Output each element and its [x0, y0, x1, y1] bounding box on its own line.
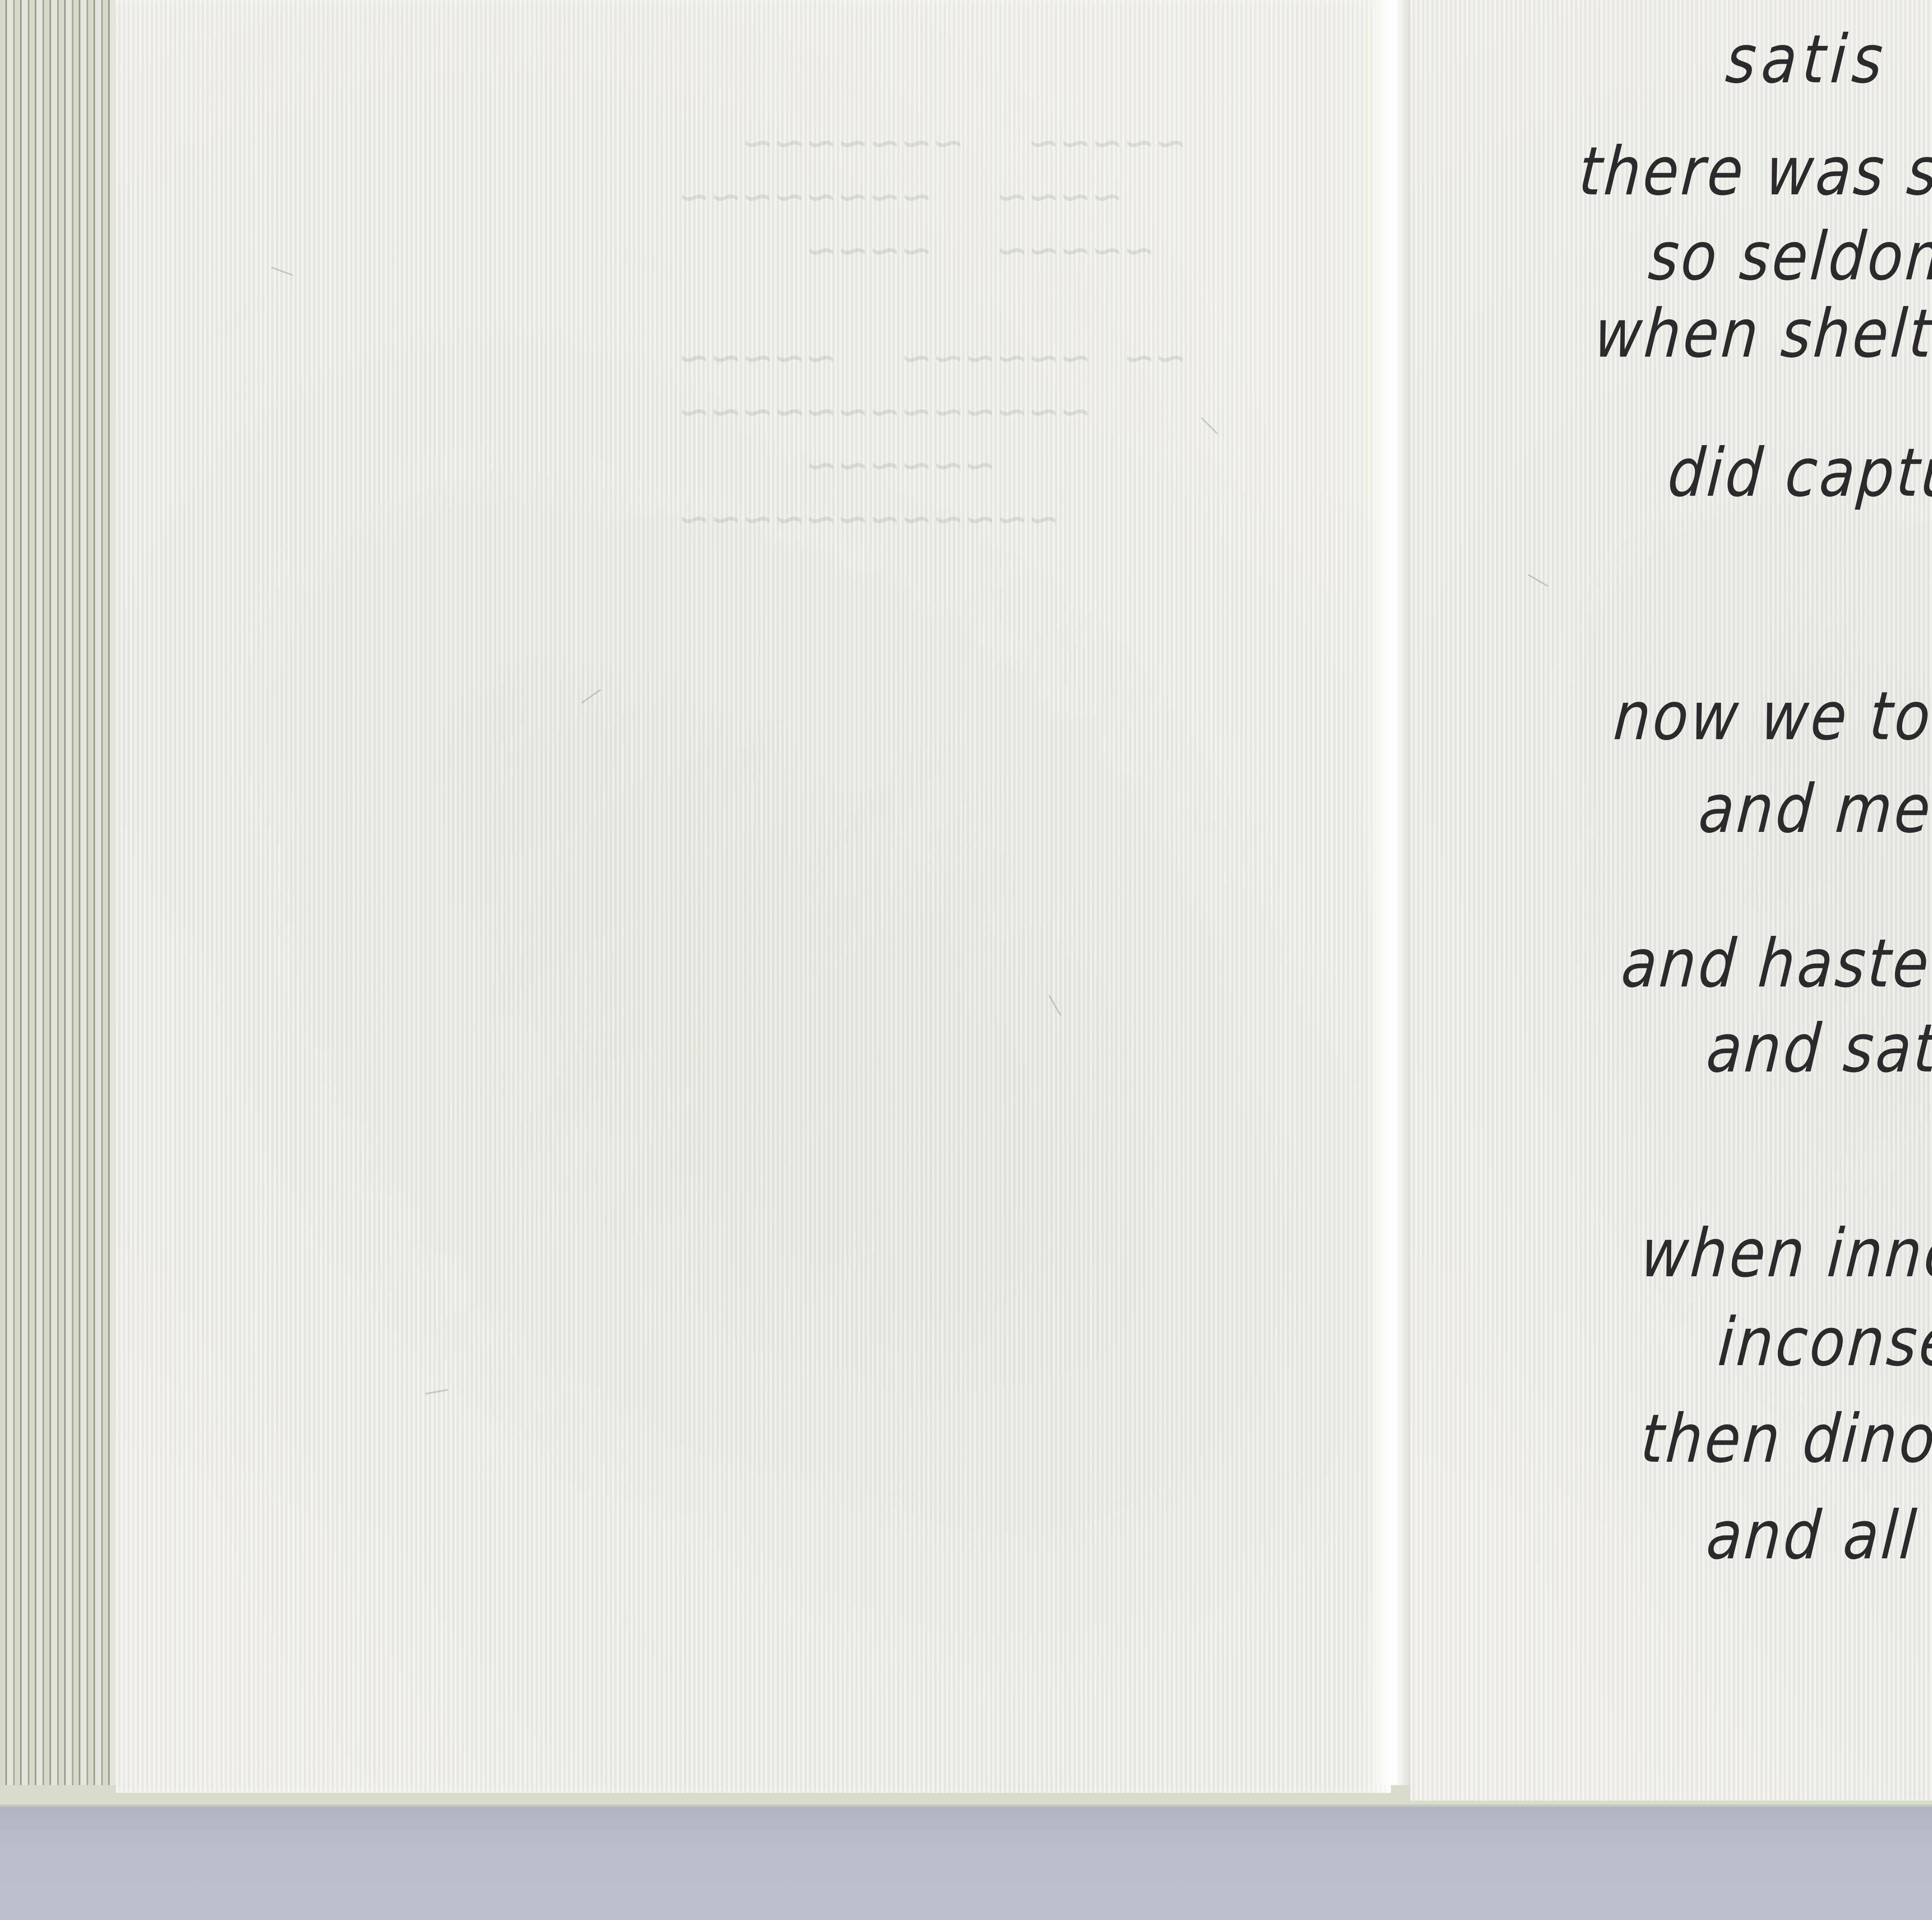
poem-line: now we to finish tight replies — [1611, 678, 1932, 755]
poem-title: satis faction — [1723, 21, 1932, 98]
bleed-through-text: ~~~~~ ~~~~~~~ ~~~~ ~~~~~~~~ ~~~~~ ~~~~ ~… — [676, 116, 1185, 546]
paper-fiber — [1048, 995, 1061, 1016]
poem-line: and haste to section out good-byes — [1619, 925, 1932, 1002]
poem-line: inconsequenting battles groomed — [1716, 1304, 1932, 1381]
poem-line: when innocence to journey came — [1638, 1215, 1932, 1292]
poem-line: there was so little left complete — [1577, 133, 1932, 210]
paper-fiber — [271, 267, 293, 276]
paper-fiber — [425, 1389, 448, 1395]
poem-line: and measured moments vain — [1696, 770, 1932, 848]
left-page: ~~~~~ ~~~~~~~ ~~~~ ~~~~~~~~ ~~~~~ ~~~~ ~… — [116, 0, 1391, 1793]
poem-line: then dinosaurs and dragons flamed — [1638, 1400, 1932, 1478]
page-stack-edges — [0, 0, 128, 1785]
poem-line: did captured windows, delight — [1665, 434, 1932, 512]
poem-line: and satisfy at need's abuse — [1704, 1010, 1932, 1087]
paper-fiber — [1201, 417, 1218, 434]
paper-fiber — [1527, 574, 1548, 587]
poem-line: so seldom lost, less often found — [1646, 218, 1932, 295]
right-page: satis faction there was so little left c… — [1410, 0, 1932, 1801]
scanner-background — [0, 1793, 1932, 1920]
poem-line: and all this charging — [1704, 1497, 1932, 1574]
paper-fiber — [581, 689, 601, 704]
poem-line: when sheltering stones tunnelled — [1592, 295, 1932, 372]
